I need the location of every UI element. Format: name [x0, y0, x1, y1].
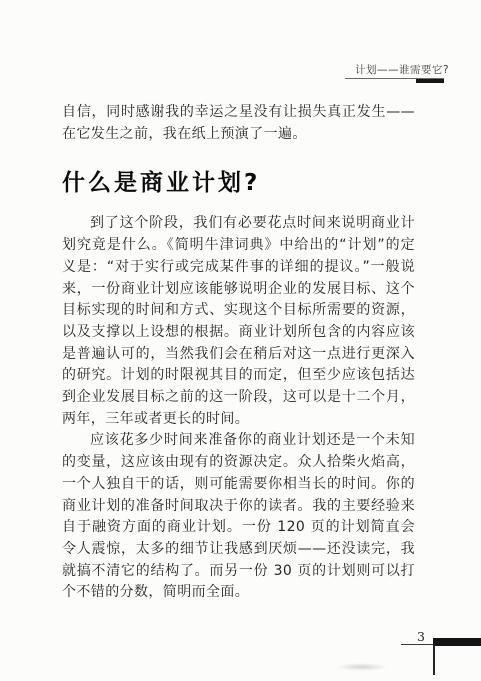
footer-vertical-line [433, 644, 435, 675]
paragraph-definition: 到了这个阶段，我们有必要花点时间来说明商业计划究竟是什么。《简明牛津词典》中给出… [62, 213, 415, 430]
running-header-title: 计划——谁需要它? [355, 62, 449, 77]
section-heading: 什么是商业计划? [62, 168, 415, 198]
page-body: 自信，同时感谢我的幸运之星没有让损失真正发生——在它发生之前，我在纸上预演了一遍… [62, 102, 415, 604]
footer-rule [401, 644, 434, 645]
page-number: 3 [410, 629, 432, 644]
paragraph-intro: 自信，同时感谢我的幸运之星没有让损失真正发生——在它发生之前，我在纸上预演了一遍… [62, 102, 415, 145]
footer-accent-bar [433, 638, 481, 646]
header-rule-accent-bar [416, 79, 444, 83]
paragraph-preparation-time: 应该花多少时间来准备你的商业计划还是一个未知的变量，这应该由现有的资源决定。众人… [62, 430, 415, 604]
book-page: 计划——谁需要它? 自信，同时感谢我的幸运之星没有让损失真正发生——在它发生之前… [0, 0, 481, 681]
scan-smudge-artifact [336, 663, 388, 671]
